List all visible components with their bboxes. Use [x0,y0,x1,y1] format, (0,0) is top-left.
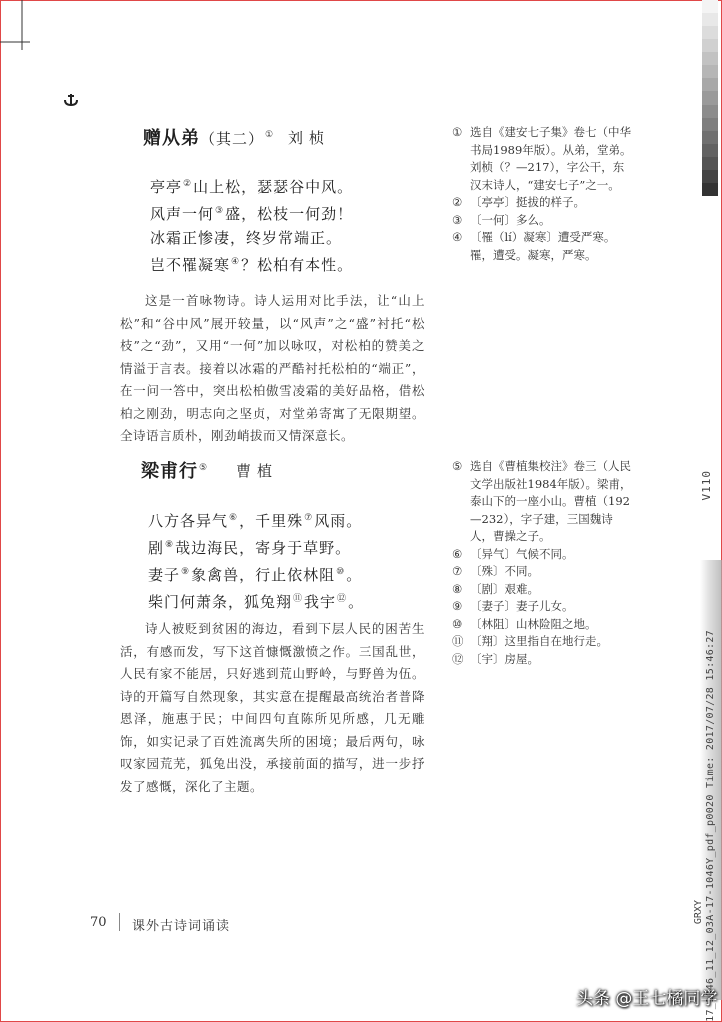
poem2-commentary: 诗人被贬到贫困的海边，看到下层人民的困苦生活，有感而发，写下这首慷慨激愤之作。三… [120,618,425,798]
gray-swatch [702,105,718,118]
gray-swatch [702,183,718,196]
scan-bottom-tag: GRXY [693,900,704,924]
gray-scale-bar [702,0,718,196]
note-item: ⑥〔异气〕气候不同。 [452,546,632,564]
poem2-author: 曹植 [236,460,278,481]
gray-swatch [702,144,718,157]
note-item: ⑪〔翔〕这里指自在地行走。 [452,633,632,651]
poem1-subtitle: （其二） [200,130,264,148]
poem-line: 八方各异气⑥，千里殊⑦风雨。 [148,506,364,533]
poem2-body: 八方各异气⑥，千里殊⑦风雨。 剧⑧哉边海民，寄身于草野。 妻子⑨象禽兽，行止依林… [148,506,364,614]
gray-swatch [702,39,718,52]
section-title: 课外古诗词诵读 [132,915,230,934]
gray-swatch [702,157,718,170]
poem1-body: 亭亭②山上松，瑟瑟谷中风。 风声一何③盛，松枝一何劲！ 冰霜正惨凄，终岁常端正。… [150,172,353,277]
poem-line: 冰霜正惨凄，终岁常端正。 [150,226,353,250]
note-item: ⑦〔殊〕不同。 [452,563,632,581]
poem2-title-text: 梁甫行 [141,461,198,482]
note-item: ⑧〔剧〕艰难。 [452,581,632,599]
gray-swatch [702,0,718,13]
note-item: ④〔罹（lí）凝寒〕遭受严寒。罹，遭受。凝寒，严寒。 [452,229,632,264]
crop-mark-icon [0,0,30,60]
note-item: ⑩〔林阻〕山林险阻之地。 [452,616,632,634]
poem-line: 风声一何③盛，松枝一何劲！ [150,199,353,226]
commentary-text: 这是一首咏物诗。诗人运用对比手法，让“山上松”和“谷中风”展开较量，以“风声”之… [120,290,425,448]
poem-line: 妻子⑨象禽兽，行止依林阻⑩。 [148,560,364,587]
note-item: ⑨〔妻子〕妻子儿女。 [452,598,632,616]
poem1-title: 赠从弟（其二）① [143,124,275,150]
poem1-author: 刘桢 [288,127,330,148]
poem-line: 岂不罹凝寒④？松柏有本性。 [150,250,353,277]
gray-swatch [702,26,718,39]
scan-file-info: 17_1046_11_12_03A-17-1046Y_pdf_p0020 Tim… [705,630,716,1022]
gray-swatch [702,65,718,78]
gray-swatch [702,118,718,131]
gray-swatch [702,13,718,26]
gray-swatch [702,170,718,183]
anchor-mark-icon [63,93,79,107]
footer-divider [119,913,120,931]
note-item: ①选自《建安七子集》卷七（中华书局1989年版）。从弟，堂弟。刘桢（？—217）… [452,124,632,194]
note-item: ③〔一何〕多么。 [452,212,632,230]
poem1-notes: ①选自《建安七子集》卷七（中华书局1989年版）。从弟，堂弟。刘桢（？—217）… [452,124,632,264]
gray-swatch [702,91,718,104]
note-item: ②〔亭亭〕挺拔的样子。 [452,194,632,212]
page-number: 70 [90,915,107,930]
poem2-notes: ⑤选自《曹植集校注》卷三（人民文学出版社1984年版）。梁甫，泰山下的一座小山。… [452,458,632,668]
poem1-title-text: 赠从弟 [143,128,200,149]
poem-line: 亭亭②山上松，瑟瑟谷中风。 [150,172,353,199]
gray-swatch [702,78,718,91]
gray-swatch [702,52,718,65]
poem2-title: 梁甫行⑤ [141,457,209,483]
poem-line: 柴门何萧条，狐兔翔⑪我宇⑫。 [148,587,364,614]
side-tag: V110 [700,470,713,501]
gray-swatch [702,131,718,144]
note-item: ⑫〔宇〕房屋。 [452,651,632,669]
note-ref: ① [265,130,274,140]
poem-line: 剧⑧哉边海民，寄身于草野。 [148,533,364,560]
commentary-text: 诗人被贬到贫困的海边，看到下层人民的困苦生活，有感而发，写下这首慷慨激愤之作。三… [120,618,425,798]
note-item: ⑤选自《曹植集校注》卷三（人民文学出版社1984年版）。梁甫，泰山下的一座小山。… [452,458,632,546]
note-ref: ⑤ [199,463,208,473]
watermark: 头条 @王七橘同学 [576,984,717,1009]
poem1-commentary: 这是一首咏物诗。诗人运用对比手法，让“山上松”和“谷中风”展开较量，以“风声”之… [120,290,425,448]
